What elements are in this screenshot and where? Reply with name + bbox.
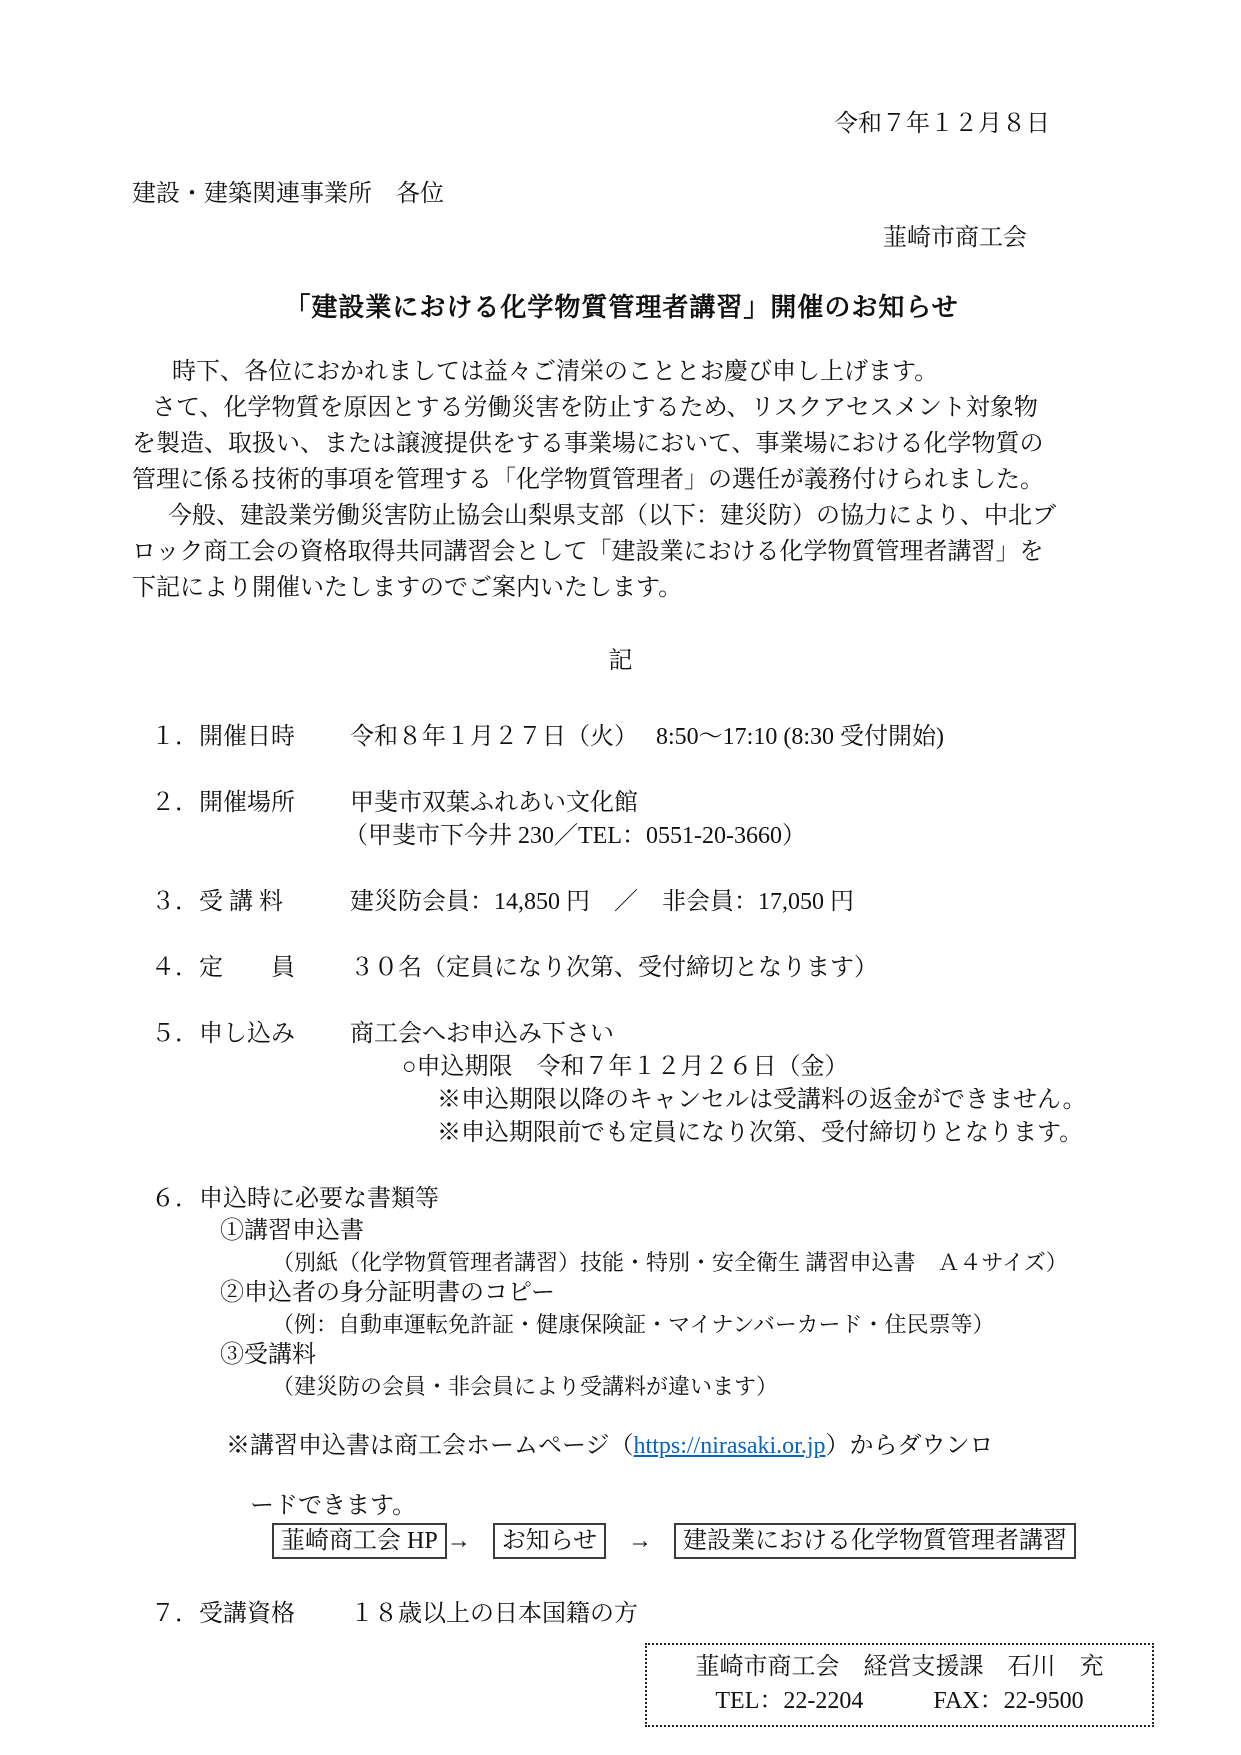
item-venue-head: ２．開催場所 bbox=[151, 787, 350, 820]
download-note-prefix: ※講習申込書は商工会ホームページ（ bbox=[226, 1433, 634, 1459]
homepage-link[interactable]: https://nirasaki.or.jp bbox=[634, 1433, 826, 1459]
application-note-cancel: ※申込期限以降のキャンセルは受講料の返金ができません。 bbox=[437, 1084, 1111, 1117]
item-number: １． bbox=[151, 724, 199, 750]
item-documents: ６．申込時に必要な書類等 bbox=[151, 1183, 1111, 1216]
body-line: 下記により開催いたしますのでご案内いたします。 bbox=[132, 570, 1111, 606]
application-note-capacity: ※申込期限前でも定員になり次第、受付締切りとなります。 bbox=[437, 1117, 1111, 1150]
item-venue-address: （甲斐市下今井 230／TEL：0551-20-3660） bbox=[344, 820, 1111, 853]
item-capacity-value: ３０名（定員になり次第、受付締切となります） bbox=[350, 952, 878, 985]
document-title: 「建設業における化学物質管理者講習」開催のお知らせ bbox=[132, 286, 1111, 328]
item-label: 申込時に必要な書類等 bbox=[199, 1186, 439, 1212]
item-venue: ２．開催場所 甲斐市双葉ふれあい文化館 bbox=[151, 787, 1111, 820]
item-eligibility: ７．受講資格 １８歳以上の日本国籍の方 bbox=[151, 1598, 1111, 1631]
download-note-line1: ※講習申込書は商工会ホームページ（https://nirasaki.or.jp）… bbox=[226, 1431, 1111, 1462]
item-eligibility-head: ７．受講資格 bbox=[151, 1598, 350, 1631]
document-date: 令和７年１２月８日 bbox=[132, 106, 1111, 142]
contact-tel-fax-line: TEL：22-2204FAX：22-9500 bbox=[647, 1684, 1152, 1718]
sender-line: 韮崎市商工会 bbox=[132, 220, 1111, 256]
download-note-suffix: ）からダウンロ bbox=[826, 1433, 994, 1459]
contact-tel: TEL：22-2204 bbox=[715, 1688, 863, 1714]
announcement-document: 令和７年１２月８日 建設・建築関連事業所 各位 韮崎市商工会 「建設業における化… bbox=[0, 0, 1241, 1755]
item-label: 定 員 bbox=[199, 955, 295, 981]
item-label: 受講資格 bbox=[199, 1601, 295, 1627]
download-note-line2: ードできます。 bbox=[250, 1491, 1111, 1522]
documents-sub2: ②申込者の身分証明書のコピー bbox=[220, 1278, 1111, 1309]
breadcrumb: 韮崎商工会 HP→お知らせ→建設業における化学物質管理者講習 bbox=[272, 1522, 1111, 1560]
item-schedule-head: １．開催日時 bbox=[151, 721, 350, 754]
breadcrumb-step-news: お知らせ bbox=[493, 1523, 606, 1559]
item-label: 開催日時 bbox=[199, 724, 295, 750]
notice-marker: 記 bbox=[132, 643, 1111, 679]
item-application-head: ５．申し込み bbox=[151, 1018, 350, 1051]
contact-name-line: 韮崎市商工会 経営支援課 石川 充 bbox=[647, 1650, 1152, 1684]
breadcrumb-step-homepage: 韮崎商工会 HP bbox=[272, 1523, 447, 1559]
item-number: ７． bbox=[151, 1601, 199, 1627]
body-line: 今般、建設業労働災害防止協会山梨県支部（以下：建災防）の協力により、中北ブ bbox=[132, 498, 1111, 534]
arrow-right-icon: → bbox=[628, 1523, 652, 1560]
documents-sub3-detail: （建災防の会員・非会員により受講料が違います） bbox=[272, 1371, 1111, 1402]
item-number: ３． bbox=[151, 889, 199, 915]
item-label: 開催場所 bbox=[199, 790, 295, 816]
body-line: 管理に係る技術的事項を管理する「化学物質管理者」の選任が義務付けられました。 bbox=[132, 462, 1111, 498]
item-capacity: ４．定 員 ３０名（定員になり次第、受付締切となります） bbox=[151, 952, 1111, 985]
item-label: 受 講 料 bbox=[199, 889, 283, 915]
item-number: ２． bbox=[151, 790, 199, 816]
arrow-right-icon: → bbox=[447, 1523, 471, 1560]
item-fee-head: ３．受 講 料 bbox=[151, 886, 350, 919]
item-number: ４． bbox=[151, 955, 199, 981]
documents-sub1: ①講習申込書 bbox=[220, 1216, 1111, 1247]
item-capacity-head: ４．定 員 bbox=[151, 952, 350, 985]
item-application-value: 商工会へお申込み下さい bbox=[350, 1018, 614, 1051]
item-eligibility-value: １８歳以上の日本国籍の方 bbox=[350, 1598, 638, 1631]
addressee-line: 建設・建築関連事業所 各位 bbox=[132, 176, 1111, 212]
item-number: ６． bbox=[151, 1186, 199, 1212]
body-line: 時下、各位におかれましては益々ご清栄のこととお慶び申し上げます。 bbox=[132, 354, 1111, 390]
documents-sub2-detail: （例：自動車運転免許証・健康保険証・マイナンバーカード・住民票等） bbox=[272, 1309, 1111, 1340]
item-fee: ３．受 講 料 建災防会員：14,850 円 ／ 非会員：17,050 円 bbox=[151, 886, 1111, 919]
body-paragraphs: 時下、各位におかれましては益々ご清栄のこととお慶び申し上げます。 さて、化学物質… bbox=[132, 354, 1111, 606]
contact-box: 韮崎市商工会 経営支援課 石川 充 TEL：22-2204FAX：22-9500 bbox=[645, 1643, 1154, 1727]
item-schedule: １．開催日時 令和８年１月２７日（火） 8:50～17:10 (8:30 受付開… bbox=[151, 721, 1111, 754]
body-line: ロック商工会の資格取得共同講習会として「建設業における化学物質管理者講習」を bbox=[132, 534, 1111, 570]
item-venue-value: 甲斐市双葉ふれあい文化館 bbox=[350, 787, 638, 820]
document-content: 令和７年１２月８日 建設・建築関連事業所 各位 韮崎市商工会 「建設業における化… bbox=[0, 0, 1241, 1727]
documents-sub1-detail: （別紙（化学物質管理者講習）技能・特別・安全衛生 講習申込書 Ａ４サイズ） bbox=[272, 1247, 1111, 1278]
item-number: ５． bbox=[151, 1021, 199, 1047]
documents-sub3: ③受講料 bbox=[220, 1340, 1111, 1371]
contact-fax: FAX：22-9500 bbox=[933, 1688, 1083, 1714]
body-line: を製造、取扱い、または譲渡提供をする事業場において、事業場における化学物質の bbox=[132, 426, 1111, 462]
breadcrumb-step-course: 建設業における化学物質管理者講習 bbox=[674, 1523, 1076, 1559]
item-application: ５．申し込み 商工会へお申込み下さい bbox=[151, 1018, 1111, 1051]
item-fee-value: 建災防会員：14,850 円 ／ 非会員：17,050 円 bbox=[350, 886, 854, 919]
application-deadline: ○申込期限 令和７年１２月２６日（金） bbox=[402, 1051, 1111, 1084]
item-label: 申し込み bbox=[199, 1021, 295, 1047]
body-line: さて、化学物質を原因とする労働災害を防止するため、リスクアセスメント対象物 bbox=[132, 390, 1111, 426]
item-schedule-value: 令和８年１月２７日（火） 8:50～17:10 (8:30 受付開始) bbox=[350, 721, 944, 754]
